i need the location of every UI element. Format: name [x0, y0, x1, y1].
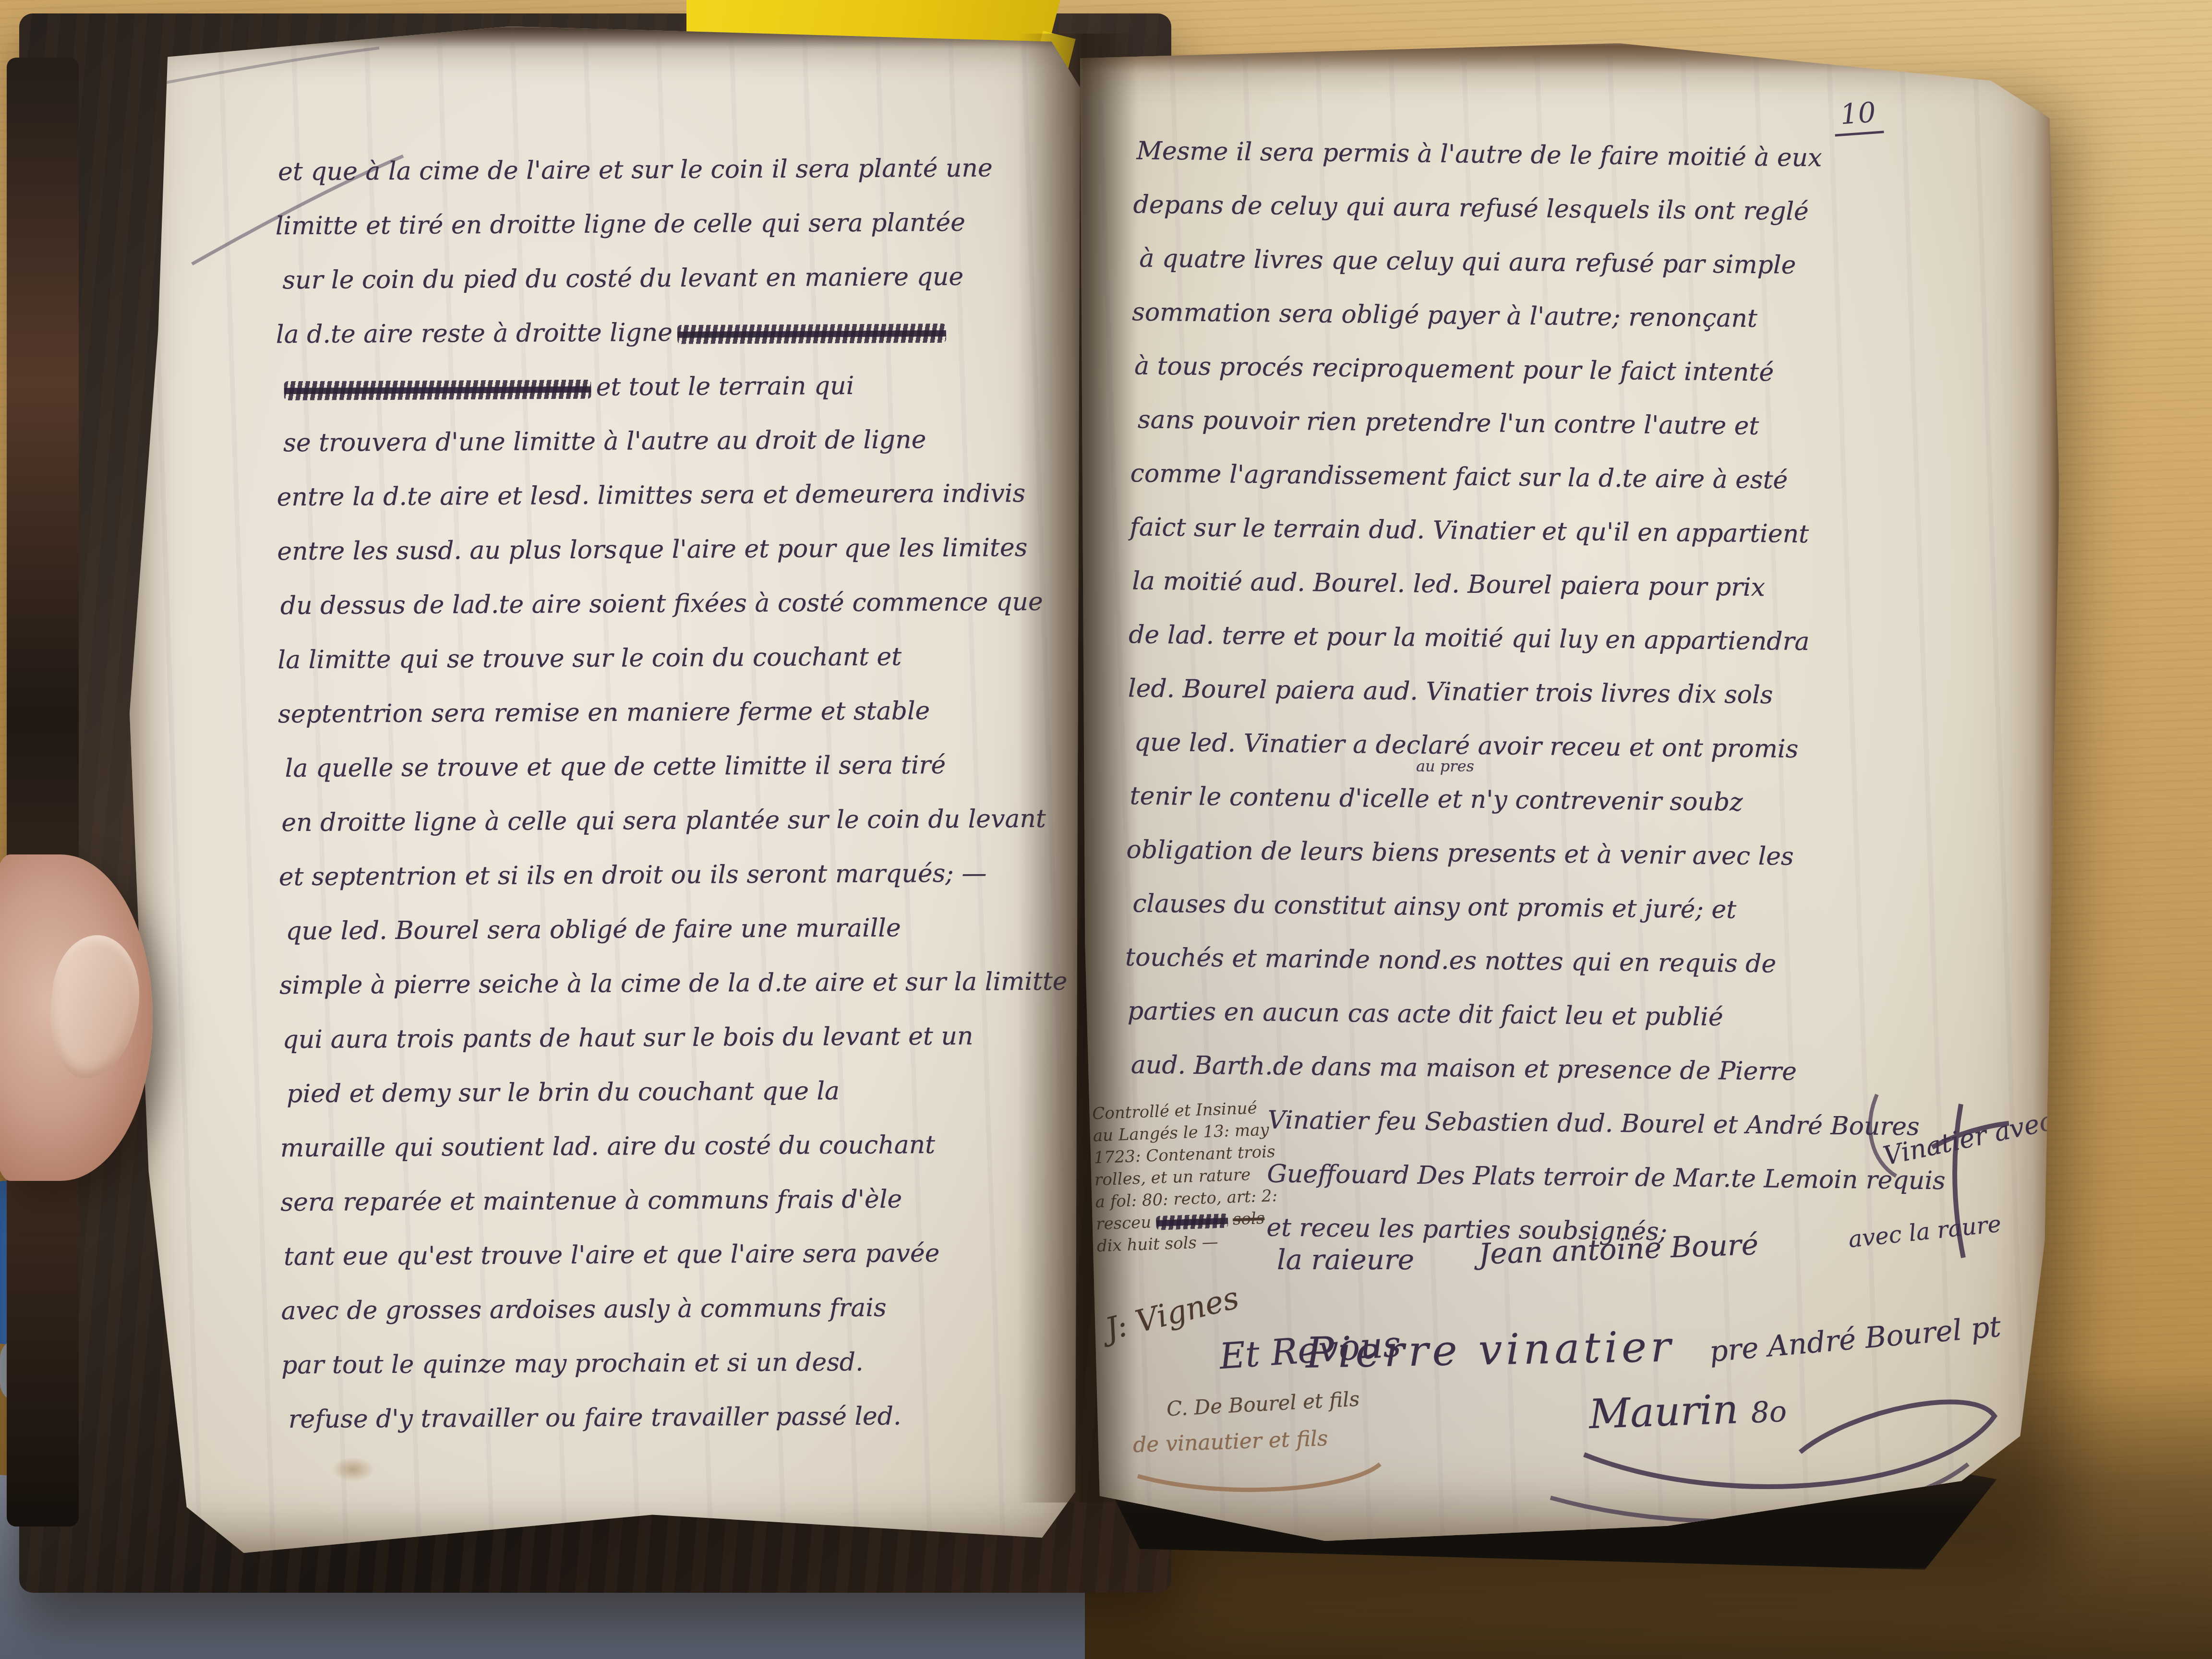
handwriting-line: de lad. terre et pour la moitié qui luy …: [1129, 608, 2017, 671]
paper-stain: [331, 1457, 374, 1482]
handwriting-line: la moitié aud. Bourel. led. Bourel paier…: [1132, 554, 2018, 617]
page-number: 10: [1832, 96, 1884, 137]
handwriting-line: et septentrion et si ils en droit ou ils…: [279, 846, 1047, 904]
handwriting-line: et que à la cime de l'aire et sur le coi…: [278, 141, 1044, 199]
left-page: et que à la cime de l'aire et sur le coi…: [130, 26, 1080, 1553]
right-page-text: Mesme il sera permis à l'autre de le fai…: [1122, 124, 2022, 1262]
signature-pierre-vinatier: Pierre vinatier: [1305, 1322, 1675, 1377]
handwriting-line: à quatre livres que celuy qui aura refus…: [1139, 232, 2021, 295]
handwriting-line: du dessus de lad.te aire soient fixées à…: [280, 575, 1046, 633]
handwriting-line: muraille qui soutient lad. aire du costé…: [280, 1118, 1049, 1176]
handwriting-line: à tous procés reciproquement pour le fai…: [1134, 339, 2020, 402]
handwriting-line: sommation sera obligé payer à l'autre; r…: [1132, 285, 2020, 348]
photo-of-manuscript: { "photo": { "page_number": "10", "inter…: [0, 0, 2212, 1659]
handwriting-line: refuse d'y travailler ou faire travaille…: [289, 1389, 1050, 1447]
crossed-out-text: [677, 323, 946, 344]
handwriting-line: touchés et marinde nond.es nottes qui en…: [1125, 930, 2014, 993]
handwriting-line: tant eue qu'est trouve l'aire et que l'a…: [284, 1226, 1049, 1284]
book-spine: [7, 58, 79, 1527]
handwriting-line: sans pouvoir rien pretendre l'un contre …: [1137, 393, 2019, 456]
handwriting-line: depans de celuy qui aura refusé lesquels…: [1133, 178, 2021, 240]
handwriting-line: Mesme il sera permis à l'autre de le fai…: [1136, 124, 2022, 187]
handwriting-line: faict sur le terrain dud. Vinatier et qu…: [1130, 500, 2018, 563]
crossed-out-text: [1156, 1214, 1228, 1230]
handwriting-line: par tout le quinze may prochain et si un…: [281, 1334, 1050, 1393]
handwriting-line: en droitte ligne à celle qui sera planté…: [281, 792, 1047, 850]
signature-maurin-name: Maurin: [1588, 1385, 1739, 1438]
handwriting-line: que led. Vinatier a declaré avoir receu …: [1134, 715, 2016, 778]
handwriting-line: simple à pierre seiche à la cime de la d…: [279, 955, 1048, 1013]
signature-la-raieure: la raieure: [1277, 1243, 1414, 1276]
notary-mark: 8o: [1750, 1395, 1787, 1430]
handwriting-line: parties en aucun cas acte dit faict leu …: [1127, 984, 2013, 1047]
crossed-out-text: [284, 379, 591, 400]
handwriting-line: entre les susd. au plus lorsque l'aire e…: [277, 521, 1046, 579]
handwriting-line: la limitte qui se trouve sur le coin du …: [277, 629, 1046, 687]
handwriting-line: et tout le terrain qui: [279, 358, 1045, 416]
handwriting-line: entre la d.te aire et lesd. limittes ser…: [276, 467, 1045, 525]
handwriting-line: pied et demy sur le brin du couchant que…: [287, 1063, 1048, 1121]
line-text: et tout le terrain qui: [596, 372, 854, 402]
handwriting-line: limitte et tiré en droitte ligne de cell…: [276, 195, 1044, 253]
handwriting-line: led. Bourel paiera aud. Vinatier trois l…: [1128, 661, 2016, 724]
gutter-shadow: [1018, 34, 1138, 1503]
handwriting-line: tenir le contenu d'icelle et n'y contrev…: [1130, 769, 2015, 832]
handwriting-line: la d.te aire reste à droitte ligne: [276, 304, 1045, 362]
handwriting-line: qui aura trois pants de haut sur le bois…: [282, 1009, 1048, 1067]
line-text: la d.te aire reste à droitte ligne: [276, 318, 673, 349]
handwriting-line: obligation de leurs biens presents et à …: [1126, 823, 2015, 886]
handwriting-line: sera reparée et maintenue à communs frai…: [280, 1172, 1049, 1230]
handwriting-line: se trouvera d'une limitte à l'autre au d…: [283, 412, 1045, 470]
right-page: 10 au pres Mesme il sera permis à l'autr…: [1080, 43, 2059, 1541]
handwriting-line: comme l'agrandissement faict sur la d.te…: [1130, 446, 2019, 509]
struck-word: sols: [1232, 1209, 1265, 1229]
handwriting-line: clauses du constitut ainsy ont promis et…: [1132, 877, 2014, 939]
handwriting-line: sur le coin du pied du costé du levant e…: [282, 250, 1044, 308]
handwriting-line: que led. Bourel sera obligé de faire une…: [286, 901, 1047, 959]
signature-maurin: Maurin8o: [1588, 1384, 1787, 1438]
handwriting-line: aud. Barth.de dans ma maison et presence…: [1130, 1038, 2012, 1101]
left-page-text: et que à la cime de l'aire et sur le coi…: [275, 141, 1050, 1447]
handwriting-line: septentrion sera remise en maniere ferme…: [278, 684, 1046, 742]
handwriting-line: la quelle se trouve et que de cette limi…: [285, 738, 1046, 796]
handwriting-line: avec de grosses ardoises ausly à communs…: [281, 1280, 1049, 1338]
